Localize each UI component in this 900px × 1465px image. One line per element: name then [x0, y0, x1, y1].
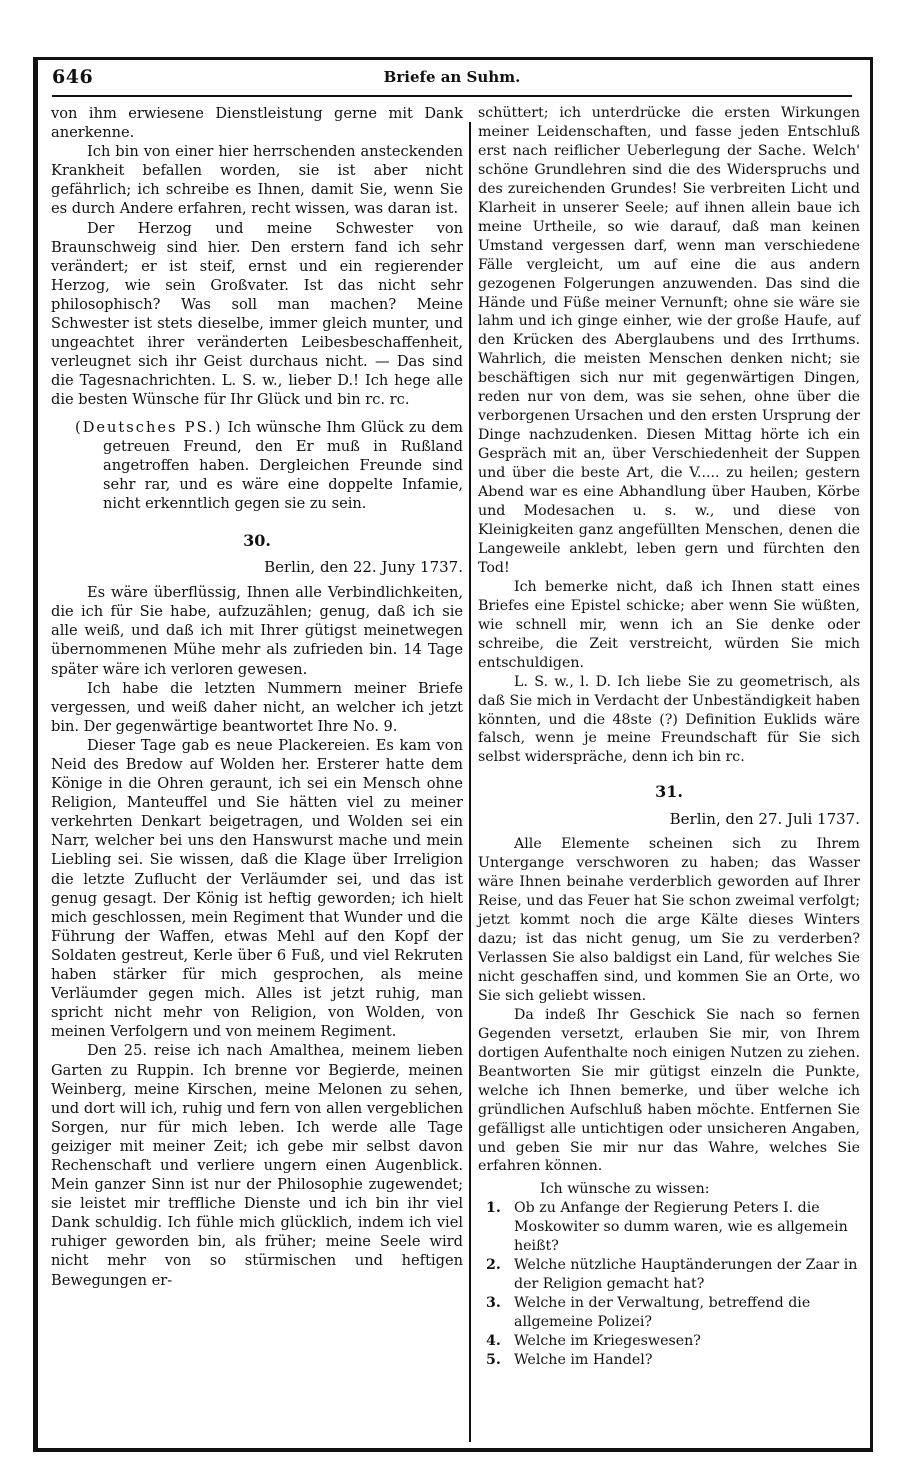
list-item: 2.Welche nützliche Hauptänderungen der Z…: [478, 1256, 860, 1294]
paragraph: Da indeß Ihr Geschick Sie nach so fernen…: [478, 1006, 860, 1177]
list-item: 1.Ob zu Anfange der Regierung Peters I. …: [478, 1199, 860, 1256]
item-number: 1.: [486, 1199, 501, 1218]
paragraph: Der Herzog und meine Schwester von Braun…: [51, 219, 463, 410]
postscript-label: (Deutsches PS.): [75, 419, 222, 436]
column-divider: [469, 122, 471, 1442]
postscript: (Deutsches PS.) Ich wünsche Ihm Glück zu…: [51, 418, 463, 513]
dateline: Berlin, den 27. Juli 1737.: [478, 810, 860, 829]
paragraph: Den 25. reise ich nach Amalthea, meinem …: [51, 1041, 463, 1289]
letter-number: 30.: [51, 531, 463, 550]
paragraph: Ich bin von einer hier herrschenden anst…: [51, 142, 463, 218]
paragraph: Ich habe die letzten Nummern meiner Brie…: [51, 679, 463, 736]
paragraph: L. S. w., l. D. Ich liebe Sie zu geometr…: [478, 673, 860, 768]
paragraph: Dieser Tage gab es neue Plackereien. Es …: [51, 736, 463, 1042]
dateline: Berlin, den 22. Juny 1737.: [51, 558, 463, 577]
list-item: 4.Welche im Kriegeswesen?: [478, 1332, 860, 1351]
item-text: Welche nützliche Hauptänderungen der Zaa…: [514, 1257, 857, 1292]
questions-intro: Ich wünsche zu wissen:: [478, 1180, 860, 1199]
paragraph: Ich bemerke nicht, daß ich Ihnen statt e…: [478, 578, 860, 673]
paragraph: von ihm erwiesene Dienstleistung gerne m…: [51, 104, 463, 142]
paragraph: Es wäre überflüssig, Ihnen alle Verbindl…: [51, 583, 463, 678]
item-text: Welche in der Verwaltung, betreffend die…: [514, 1295, 810, 1330]
list-item: 5.Welche im Handel?: [478, 1351, 860, 1370]
paragraph: schüttert; ich unterdrücke die ersten Wi…: [478, 104, 860, 578]
item-text: Ob zu Anfange der Regierung Peters I. di…: [514, 1200, 848, 1254]
item-number: 2.: [486, 1256, 501, 1275]
item-number: 4.: [486, 1332, 501, 1351]
item-number: 5.: [486, 1351, 501, 1370]
right-column: schüttert; ich unterdrücke die ersten Wi…: [478, 104, 860, 1370]
header-rule: [52, 95, 852, 97]
paragraph: Alle Elemente scheinen sich zu Ihrem Unt…: [478, 835, 860, 1006]
questions-list: 1.Ob zu Anfange der Regierung Peters I. …: [478, 1199, 860, 1370]
letter-number: 31.: [478, 783, 860, 802]
item-text: Welche im Kriegeswesen?: [514, 1333, 701, 1349]
running-title: Briefe an Suhm.: [52, 68, 852, 86]
left-column: von ihm erwiesene Dienstleistung gerne m…: [51, 104, 463, 1290]
item-number: 3.: [486, 1294, 501, 1313]
item-text: Welche im Handel?: [514, 1352, 652, 1368]
page-header: 646 Briefe an Suhm.: [52, 66, 852, 92]
list-item: 3.Welche in der Verwaltung, betreffend d…: [478, 1294, 860, 1332]
